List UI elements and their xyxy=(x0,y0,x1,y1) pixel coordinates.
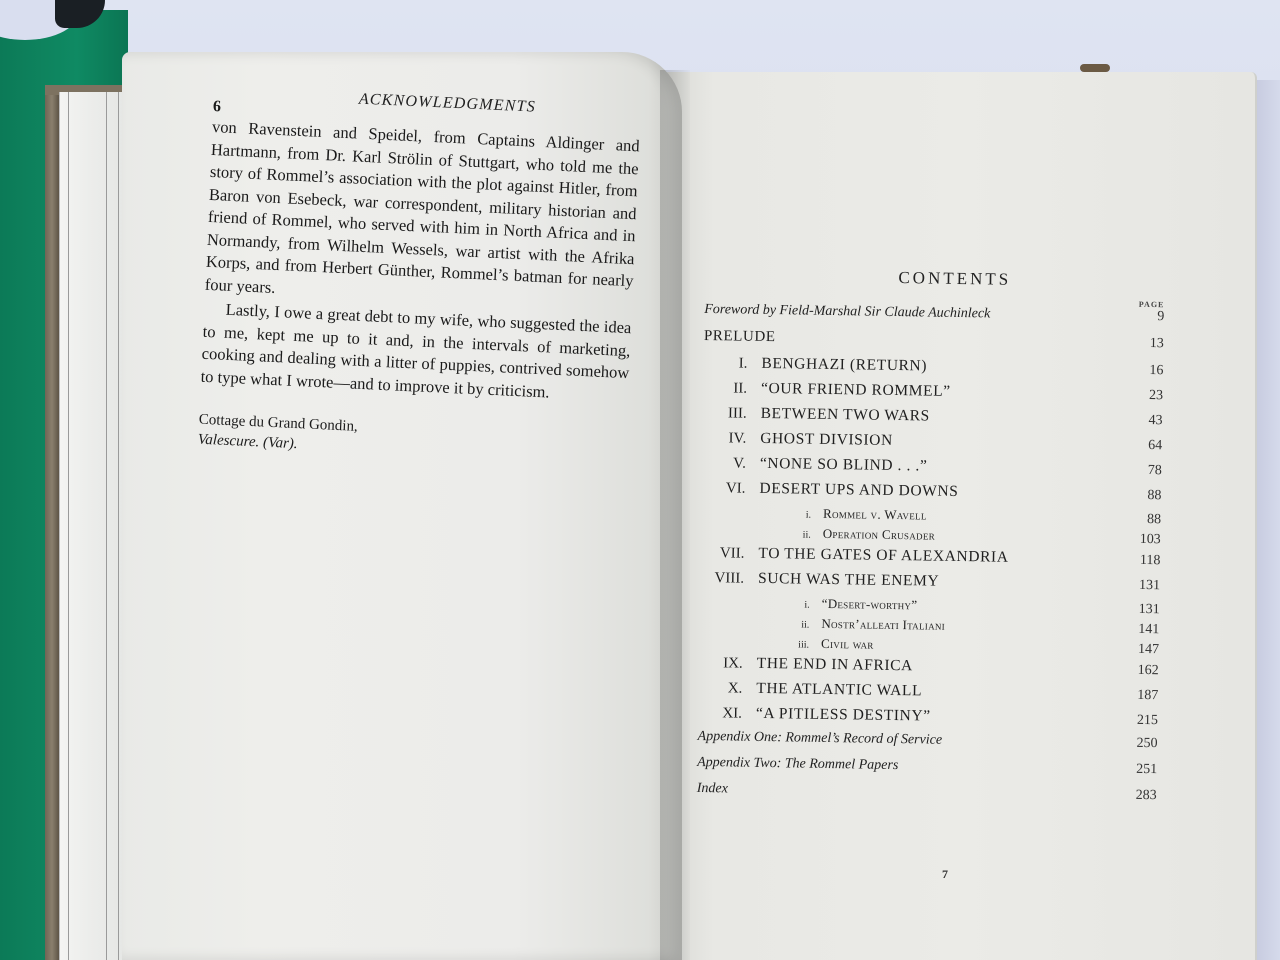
toc-entry-text: II.“OUR FRIEND ROMMEL” xyxy=(703,379,951,401)
chapter-title: TO THE GATES OF ALEXANDRIA xyxy=(758,545,1008,567)
chapter-number: III. xyxy=(703,405,747,423)
chapter-number: V. xyxy=(702,455,746,473)
table-of-contents: CONTENTS PAGE Foreword by Field-Marshal … xyxy=(696,265,1164,814)
chapter-title: Index xyxy=(697,781,728,797)
toc-entry-text: Foreword by Field-Marshal Sir Claude Auc… xyxy=(704,302,990,322)
chapter-number: ii. xyxy=(701,528,811,541)
toc-entry-text: VII.TO THE GATES OF ALEXANDRIA xyxy=(700,544,1008,567)
page-ref: 13 xyxy=(1134,336,1164,352)
chapter-title: GHOST DIVISION xyxy=(760,430,893,450)
toc-entry-text: IV.GHOST DIVISION xyxy=(702,429,893,450)
small-debris xyxy=(1080,64,1110,72)
toc-entry-text: V.“NONE SO BLIND . . .” xyxy=(702,454,928,476)
chapter-title: “A PITILESS DESTINY” xyxy=(756,705,931,726)
page-ref: 215 xyxy=(1128,713,1158,729)
chapter-title: “OUR FRIEND ROMMEL” xyxy=(761,380,951,401)
page-ref: 88 xyxy=(1131,512,1161,528)
page-ref: 147 xyxy=(1129,642,1159,658)
chapter-number: VII. xyxy=(700,545,744,563)
chapter-number: IV. xyxy=(702,430,746,448)
paragraph: Lastly, I owe a great debt to my wife, w… xyxy=(200,298,632,407)
page-ref: 78 xyxy=(1132,463,1162,479)
chapter-title: “NONE SO BLIND . . .” xyxy=(760,455,928,476)
chapter-title: THE END IN AFRICA xyxy=(757,655,913,675)
toc-entry-text: Index xyxy=(697,781,728,797)
page-ref: 64 xyxy=(1132,438,1162,454)
toc-entry-text: VI.DESERT UPS AND DOWNS xyxy=(701,479,958,501)
chapter-title: BENGHAZI (RETURN) xyxy=(761,355,927,376)
toc-entry-text: iii.Civil war xyxy=(699,634,874,653)
page-ref: 187 xyxy=(1128,688,1158,704)
chapter-number: II. xyxy=(703,380,747,398)
toc-entry-text: ii.Nostr’alleati Italiani xyxy=(699,614,945,634)
page-edge-line xyxy=(118,92,119,960)
chapter-title: Foreword by Field-Marshal Sir Claude Auc… xyxy=(704,302,990,322)
acknowledgments-page: ACKNOWLEDGMENTS 6 von Ravenstein and Spe… xyxy=(197,84,641,469)
right-background xyxy=(1257,80,1280,960)
page-ref: 131 xyxy=(1130,578,1160,594)
chapter-number: XI. xyxy=(698,705,742,723)
chapter-number: i. xyxy=(700,598,810,611)
toc-entry-text: XI.“A PITILESS DESTINY” xyxy=(698,704,931,726)
toc-entry-text: Appendix Two: The Rommel Papers xyxy=(697,755,898,774)
chapter-title: BETWEEN TWO WARS xyxy=(761,405,930,426)
toc-entry-text: PRELUDE xyxy=(704,328,776,346)
page-ref: 118 xyxy=(1130,553,1160,569)
page-ref: 16 xyxy=(1133,363,1163,379)
chapter-title: Civil war xyxy=(821,636,874,653)
chapter-number: VIII. xyxy=(700,570,744,588)
chapter-title: Appendix One: Rommel’s Record of Service xyxy=(697,729,942,749)
chapter-title: THE ATLANTIC WALL xyxy=(756,680,922,701)
book-gutter xyxy=(660,70,690,960)
toc-entries: Foreword by Field-Marshal Sir Claude Auc… xyxy=(696,302,1164,814)
chapter-number: VI. xyxy=(701,480,745,498)
page-edge-line xyxy=(106,92,107,960)
paragraph: von Ravenstein and Speidel, from Captain… xyxy=(204,116,640,315)
page-ref: 283 xyxy=(1127,788,1157,804)
page-edge-line xyxy=(68,92,69,960)
toc-entry-text: III.BETWEEN TWO WARS xyxy=(703,404,930,426)
chapter-title: Rommel v. Wavell xyxy=(823,506,927,524)
toc-entry-text: i.Rommel v. Wavell xyxy=(701,504,927,524)
toc-entry-text: I.BENGHAZI (RETURN) xyxy=(703,354,927,376)
acknowledgments-body: von Ravenstein and Speidel, from Captain… xyxy=(200,116,640,407)
chapter-number: ii. xyxy=(699,618,809,631)
page-ref: 88 xyxy=(1131,488,1161,504)
chapter-title: Operation Crusader xyxy=(823,526,935,544)
page-ref: 131 xyxy=(1130,602,1160,618)
page-ref: 43 xyxy=(1132,413,1162,429)
chapter-title: “Desert-worthy” xyxy=(822,596,918,614)
chapter-title: PRELUDE xyxy=(704,328,776,346)
book-cover-board xyxy=(45,85,59,960)
chapter-title: Appendix Two: The Rommel Papers xyxy=(697,755,898,774)
page-number-right: 7 xyxy=(942,867,948,882)
page-ref: 141 xyxy=(1129,622,1159,638)
chapter-number: i. xyxy=(701,508,811,521)
chapter-number: X. xyxy=(698,680,742,698)
chapter-number: IX. xyxy=(699,655,743,673)
chapter-number: I. xyxy=(703,355,747,373)
page-ref: 23 xyxy=(1133,388,1163,404)
chapter-title: Nostr’alleati Italiani xyxy=(821,616,945,634)
page-ref: 162 xyxy=(1129,663,1159,679)
chapter-number: iii. xyxy=(699,638,809,651)
toc-entry-text: ii.Operation Crusader xyxy=(701,524,935,544)
toc-entry-text: i.“Desert-worthy” xyxy=(700,594,918,613)
toc-entry-text: Appendix One: Rommel’s Record of Service xyxy=(697,729,942,749)
page-ref: 103 xyxy=(1131,532,1161,548)
toc-entry-text: IX.THE END IN AFRICA xyxy=(699,654,913,675)
toc-entry-text: VIII.SUCH WAS THE ENEMY xyxy=(700,569,939,591)
page-ref: 9 xyxy=(1134,309,1164,325)
toc-entry-text: X.THE ATLANTIC WALL xyxy=(698,679,922,701)
page-ref: 251 xyxy=(1127,762,1157,778)
chapter-title: SUCH WAS THE ENEMY xyxy=(758,570,939,591)
page-ref: 250 xyxy=(1127,736,1157,752)
chapter-title: DESERT UPS AND DOWNS xyxy=(759,480,958,501)
